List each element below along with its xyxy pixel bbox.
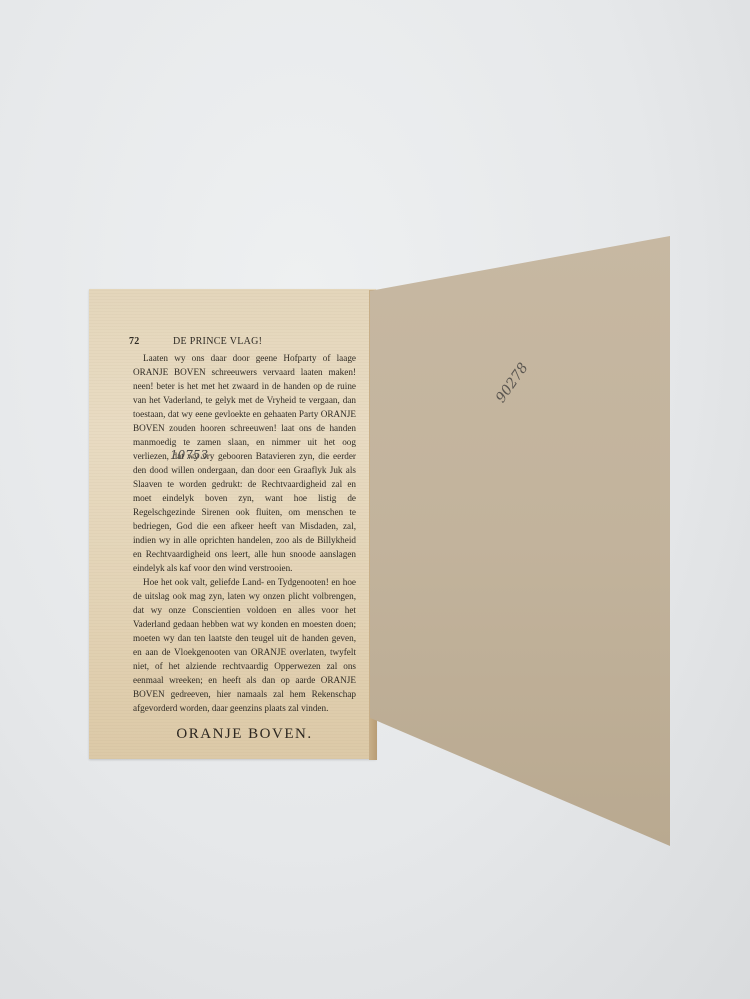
- page-number: 72: [129, 335, 173, 349]
- page-header: 72 DE PRINCE VLAG!: [133, 335, 356, 349]
- right-page-cover: [370, 236, 670, 846]
- handwritten-inventory-number: 10753: [170, 448, 208, 462]
- running-title: DE PRINCE VLAG!: [173, 335, 356, 349]
- printed-text-block: 72 DE PRINCE VLAG! Laaten wy ons daar do…: [133, 335, 356, 741]
- paragraph: Hoe het ook valt, geliefde Land- en Tydg…: [133, 575, 356, 715]
- paragraph: Laaten wy ons daar door geene Hofparty o…: [133, 351, 356, 575]
- closing-line: ORANJE BOVEN.: [133, 727, 356, 741]
- left-page: 72 DE PRINCE VLAG! Laaten wy ons daar do…: [89, 289, 376, 759]
